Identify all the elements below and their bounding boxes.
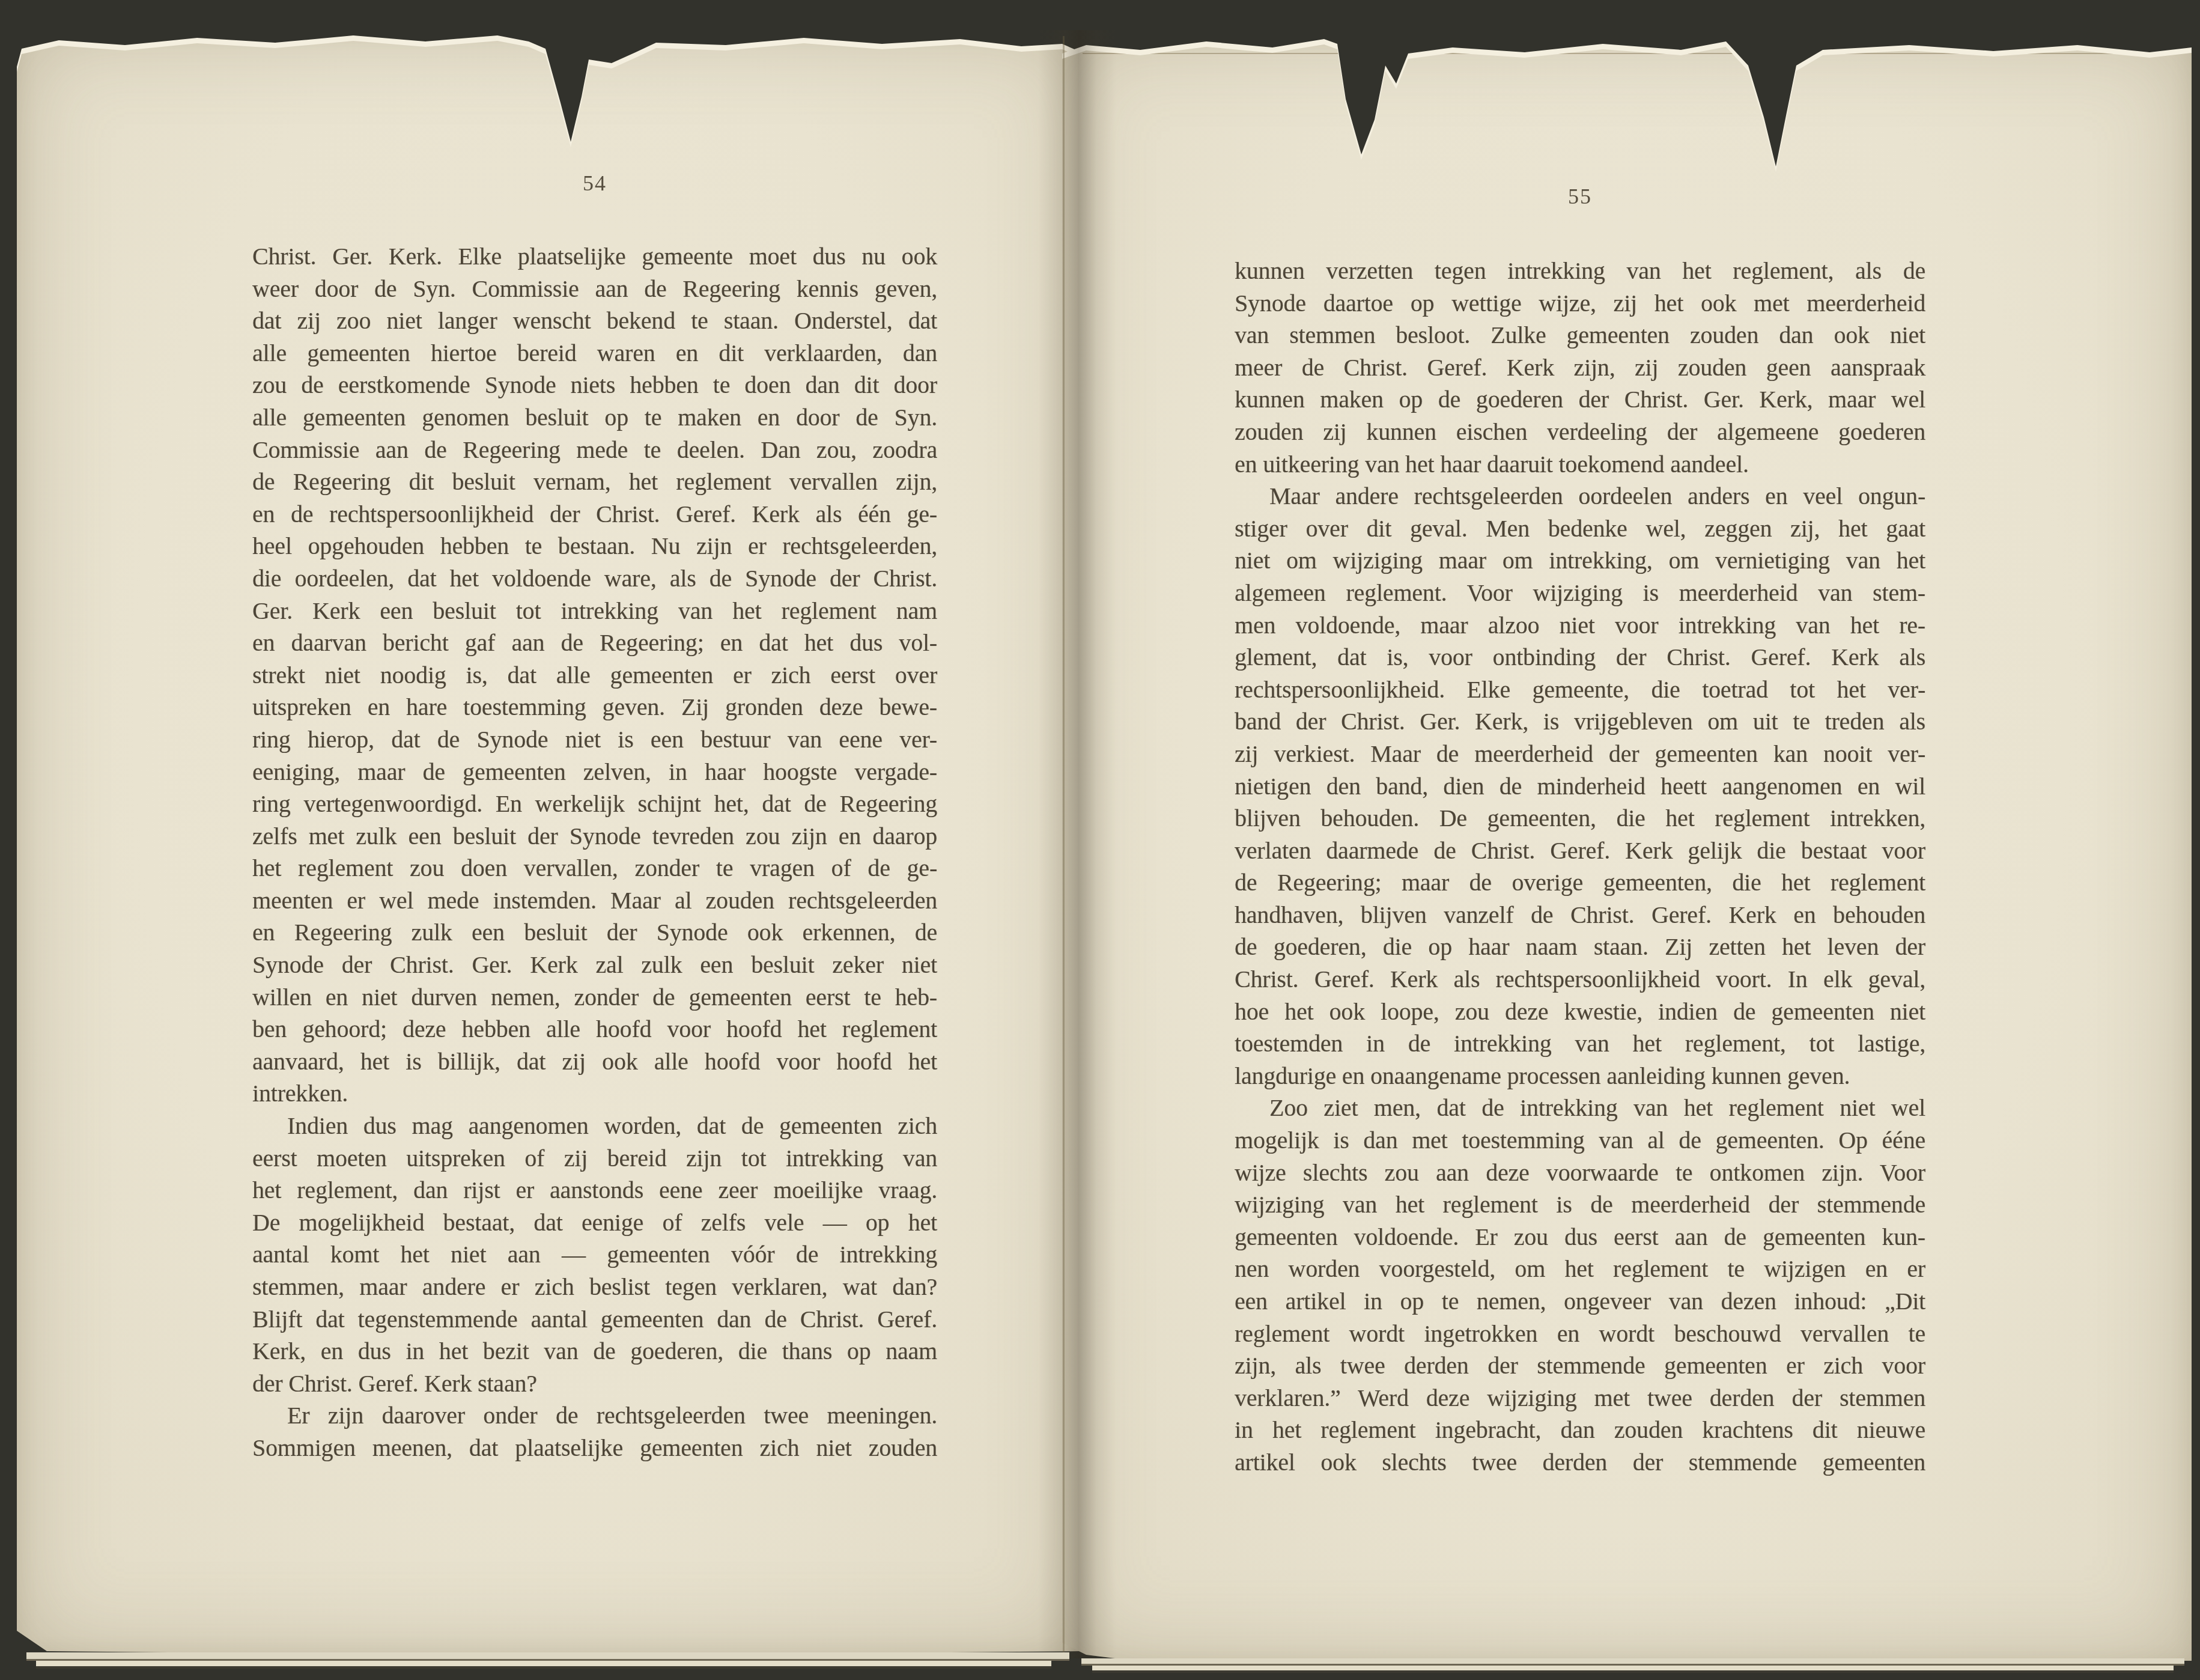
text-line: ring hierop, dat de Synode niet is een b… (252, 723, 937, 756)
page-55: 55 kunnen verzetten tegen intrekking van… (1062, 32, 2192, 1664)
text-line: intrekken. (252, 1077, 937, 1110)
text-line: zouden zij kunnen eischen verdeeling der… (1235, 416, 1925, 448)
text-line: zelfs met zulk een besluit der Synode te… (252, 820, 937, 853)
text-line: der Christ. Geref. Kerk staan? (252, 1368, 937, 1400)
text-line: verlaten daarmede de Christ. Geref. Kerk… (1235, 835, 1925, 867)
text-line: wijziging van het reglement is de meerde… (1235, 1188, 1925, 1221)
text-line: Er zijn daarover onder de rechtsgeleerde… (252, 1399, 937, 1432)
page-number-55: 55 (1235, 184, 1925, 209)
page-55-text: kunnen verzetten tegen intrekking van he… (1235, 255, 1925, 1479)
text-line: meenten er wel mede instemden. Maar al z… (252, 884, 937, 917)
text-line: Commissie aan de Regeering mede te deele… (252, 434, 937, 466)
text-line: aantal komt het niet aan — gemeenten vóó… (252, 1238, 937, 1271)
text-line: Maar andere rechtsgeleerden oordeelen an… (1235, 480, 1925, 513)
text-line: band der Christ. Ger. Kerk, is vrijgeble… (1235, 705, 1925, 738)
text-line: Ger. Kerk een besluit tot intrekking van… (252, 595, 937, 627)
text-line: wijze slechts zou aan deze voorwaarde te… (1235, 1157, 1925, 1189)
text-line: alle gemeenten hiertoe bereid waren en d… (252, 337, 937, 370)
text-line: meer de Christ. Geref. Kerk zijn, zij zo… (1235, 352, 1925, 384)
text-line: hoe het ook loope, zou deze kwestie, ind… (1235, 996, 1925, 1028)
page-54-text: Christ. Ger. Kerk. Elke plaatselijke gem… (252, 240, 937, 1464)
text-line: blijven behouden. De gemeenten, die het … (1235, 802, 1925, 835)
text-line: stemmen, maar andere er zich beslist teg… (252, 1271, 937, 1303)
text-line: verklaren.” Werd deze wijziging met twee… (1235, 1382, 1925, 1414)
text-line: en uitkeering van het haar daaruit toeko… (1235, 448, 1925, 481)
text-line: men voldoende, maar alzoo niet voor intr… (1235, 609, 1925, 642)
text-line: een artikel in op te nemen, ongeveer van… (1235, 1285, 1925, 1318)
stacked-sheet-edge (1092, 1666, 2174, 1673)
text-line: Blijft dat tegenstemmende aantal gemeent… (252, 1303, 937, 1336)
text-line: van stemmen besloot. Zulke gemeenten zou… (1235, 319, 1925, 352)
text-line: gemeenten voldoende. Er zou dus eerst aa… (1235, 1221, 1925, 1253)
text-line: en Regeering zulk een besluit der Synode… (252, 916, 937, 949)
text-line: nen worden voorgesteld, om het reglement… (1235, 1253, 1925, 1285)
text-line: Synode daartoe op wettige wijze, zij het… (1235, 287, 1925, 320)
text-line: strekt niet noodig is, dat alle gemeente… (252, 659, 937, 692)
text-line: glement, dat is, voor ontbinding der Chr… (1235, 641, 1925, 674)
text-line: de Regeering dit besluit vernam, het reg… (252, 466, 937, 498)
text-line: uitspreken en hare toestemming geven. Zi… (252, 691, 937, 723)
stacked-sheet-edge (26, 1652, 1069, 1661)
text-line: de Regeering; maar de overige gemeenten,… (1235, 866, 1925, 899)
text-line: weer door de Syn. Commissie aan de Regee… (252, 273, 937, 305)
page-54: 54 Christ. Ger. Kerk. Elke plaatselijke … (17, 30, 1081, 1656)
text-line: die oordeelen, dat het voldoende ware, a… (252, 562, 937, 595)
text-line: algemeen reglement. Voor wijziging is me… (1235, 577, 1925, 609)
text-line: artikel ook slechts twee derden der stem… (1235, 1446, 1925, 1479)
text-line: kunnen maken op de goederen der Christ. … (1235, 383, 1925, 416)
text-line: het reglement, dan rijst er aanstonds ee… (252, 1174, 937, 1207)
text-line: toestemden in de intrekking van het regl… (1235, 1027, 1925, 1060)
page-number-54: 54 (252, 171, 937, 196)
text-line: de goederen, die op haar naam staan. Zij… (1235, 931, 1925, 963)
text-line: eerst moeten uitspreken of zij bereid zi… (252, 1142, 937, 1175)
text-line: Kerk, en dus in het bezit van de goedere… (252, 1335, 937, 1368)
page-55-paper: 55 kunnen verzetten tegen intrekking van… (1062, 32, 2192, 1664)
stacked-sheet-edge (36, 1661, 1051, 1669)
text-line: nietigen den band, dien de minderheid he… (1235, 770, 1925, 803)
text-line: dat zij zoo niet langer wenscht bekend t… (252, 305, 937, 337)
text-line: zij verkiest. Maar de meerderheid der ge… (1235, 738, 1925, 770)
page-54-paper: 54 Christ. Ger. Kerk. Elke plaatselijke … (17, 30, 1081, 1656)
text-line: zou de eerstkomende Synode niets hebben … (252, 369, 937, 401)
text-line: Christ. Geref. Kerk als rechtspersoonlij… (1235, 963, 1925, 996)
text-line: en de rechtspersoonlijkheid der Christ. … (252, 498, 937, 531)
text-line: langdurige en onaangename processen aanl… (1235, 1060, 1925, 1092)
text-line: handhaven, blijven vanzelf de Christ. Ge… (1235, 899, 1925, 931)
text-line: in het reglement ingebracht, dan zouden … (1235, 1414, 1925, 1446)
text-line: Indien dus mag aangenomen worden, dat de… (252, 1110, 937, 1142)
text-line: kunnen verzetten tegen intrekking van he… (1235, 255, 1925, 287)
text-line: mogelijk is dan met toestemming van al d… (1235, 1124, 1925, 1157)
text-line: reglement wordt ingetrokken en wordt bes… (1235, 1318, 1925, 1350)
text-line: aanvaard, het is billijk, dat zij ook al… (252, 1045, 937, 1078)
text-line: willen en niet durven nemen, zonder de g… (252, 981, 937, 1014)
text-line: ring vertegenwoordigd. En werkelijk schi… (252, 788, 937, 820)
text-line: heel opgehouden hebben te bestaan. Nu zi… (252, 530, 937, 562)
text-line: ben gehoord; deze hebben alle hoofd voor… (252, 1013, 937, 1045)
text-line: en daarvan bericht gaf aan de Regeering;… (252, 627, 937, 659)
text-line: stiger over dit geval. Men bedenke wel, … (1235, 513, 1925, 545)
text-line: Sommigen meenen, dat plaatselijke gemeen… (252, 1432, 937, 1464)
text-line: niet om wijziging maar om intrekking, om… (1235, 544, 1925, 577)
text-line: het reglement zou doen vervallen, zonder… (252, 852, 937, 884)
text-line: Synode der Christ. Ger. Kerk zal zulk ee… (252, 949, 937, 981)
text-line: Christ. Ger. Kerk. Elke plaatselijke gem… (252, 240, 937, 273)
text-line: rechtspersoonlijkheid. Elke gemeente, di… (1235, 674, 1925, 706)
text-line: eeniging, maar de gemeenten zelven, in h… (252, 756, 937, 788)
text-line: alle gemeenten genomen besluit op te mak… (252, 401, 937, 434)
text-line: zijn, als twee derden der stemmende geme… (1235, 1350, 1925, 1382)
text-line: De mogelijkheid bestaat, dat eenige of z… (252, 1207, 937, 1239)
text-line: Zoo ziet men, dat de intrekking van het … (1235, 1092, 1925, 1124)
stacked-sheet-edge (1081, 1658, 2184, 1666)
